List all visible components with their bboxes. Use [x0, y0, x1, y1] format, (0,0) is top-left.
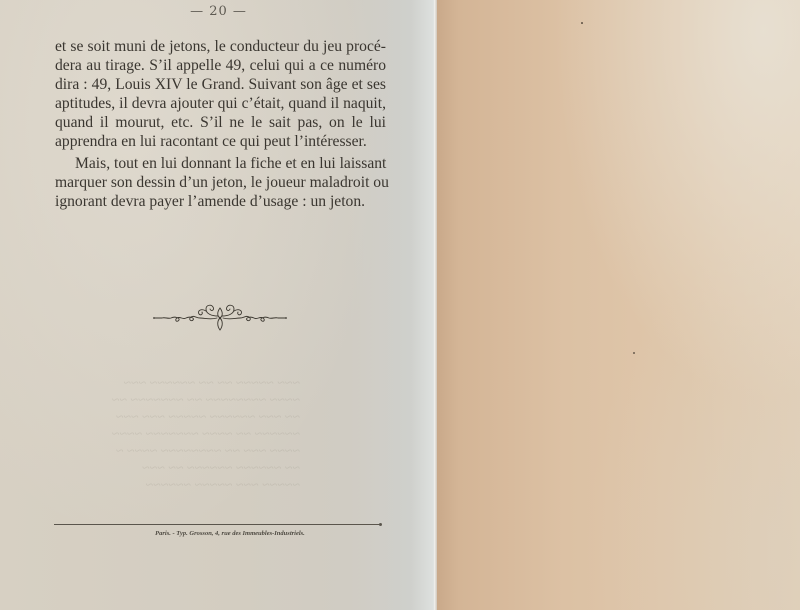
body-text: et se soit muni de jetons, le conducteur…: [55, 38, 386, 216]
show-through-text: ~~~ ~~~~~ ~~ ~~ ~~~~~~ ~~~ ~~~~ ~~~~~~~~…: [40, 375, 300, 494]
text-line: et se soit muni de jetons, le conducteur…: [55, 38, 386, 57]
text-line: Mais, tout en lui donnant la fiche et en…: [55, 155, 386, 174]
text-line: dira : 49, Louis XIV le Grand. Suivant s…: [55, 76, 386, 95]
text-line: dera au tirage. S’il appelle 49, celui q…: [55, 57, 386, 76]
footer-rule: [54, 524, 380, 525]
text-line: quand il mourut, etc. S’il ne le sait pa…: [55, 114, 386, 133]
text-line: apprendra en lui racontant ce qui peut l…: [55, 133, 386, 152]
page-number: — 20 —: [0, 4, 437, 19]
scroll-ornament-icon: [150, 298, 290, 334]
paper-speck: [581, 22, 583, 24]
paragraph-1: et se soit muni de jetons, le conducteur…: [55, 38, 386, 151]
left-page: — 20 — ~~~ ~~~~~ ~~ ~~ ~~~~~~ ~~~ ~~~~ ~…: [0, 0, 437, 610]
paragraph-2: Mais, tout en lui donnant la fiche et en…: [55, 155, 386, 212]
printer-colophon: Paris. - Typ. Grosson, 4, rue des Immeub…: [140, 530, 320, 537]
text-line: aptitudes, il devra ajouter qui c’était,…: [55, 95, 386, 114]
right-page-blank: [437, 0, 800, 610]
text-line: ignorant devra payer l’amende d’usage : …: [55, 193, 386, 212]
paper-speck: [633, 352, 635, 354]
text-line: marquer son dessin d’un jeton, le joueur…: [55, 174, 386, 193]
